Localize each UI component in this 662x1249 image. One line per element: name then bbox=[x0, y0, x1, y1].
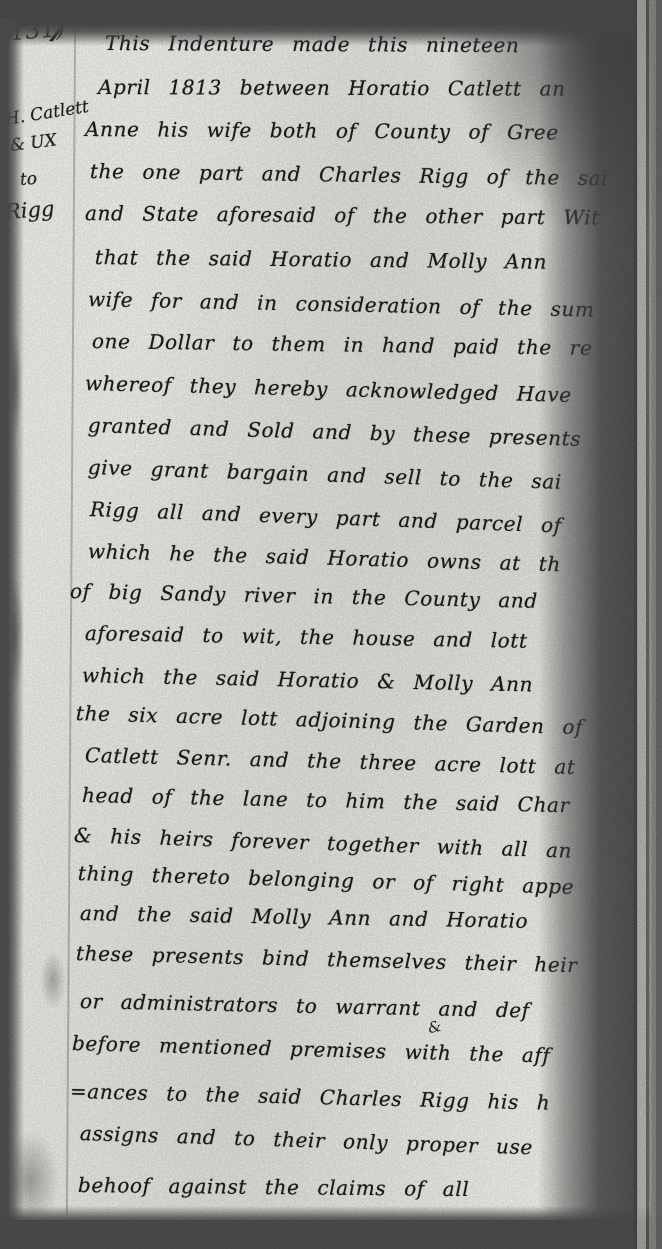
text-line: Anne his wife both of County of Gree bbox=[85, 114, 559, 147]
text-line: and State aforesaid of the other part Wi… bbox=[85, 198, 600, 232]
book-edge-strip bbox=[634, 0, 662, 1249]
text-line: that the said Horatio and Molly Ann bbox=[95, 242, 547, 277]
text-line: This Indenture made this nineteen bbox=[105, 28, 520, 60]
text-line: behoof against the claims of all bbox=[78, 1170, 470, 1204]
margin-note: to bbox=[19, 169, 37, 190]
margin-note: Rigg bbox=[4, 197, 55, 224]
text-line: April 1813 between Horatio Catlett an bbox=[98, 72, 566, 104]
scanned-deed-page: 131) / H. Catlett& UXtoRigg This Indentu… bbox=[0, 0, 662, 1249]
